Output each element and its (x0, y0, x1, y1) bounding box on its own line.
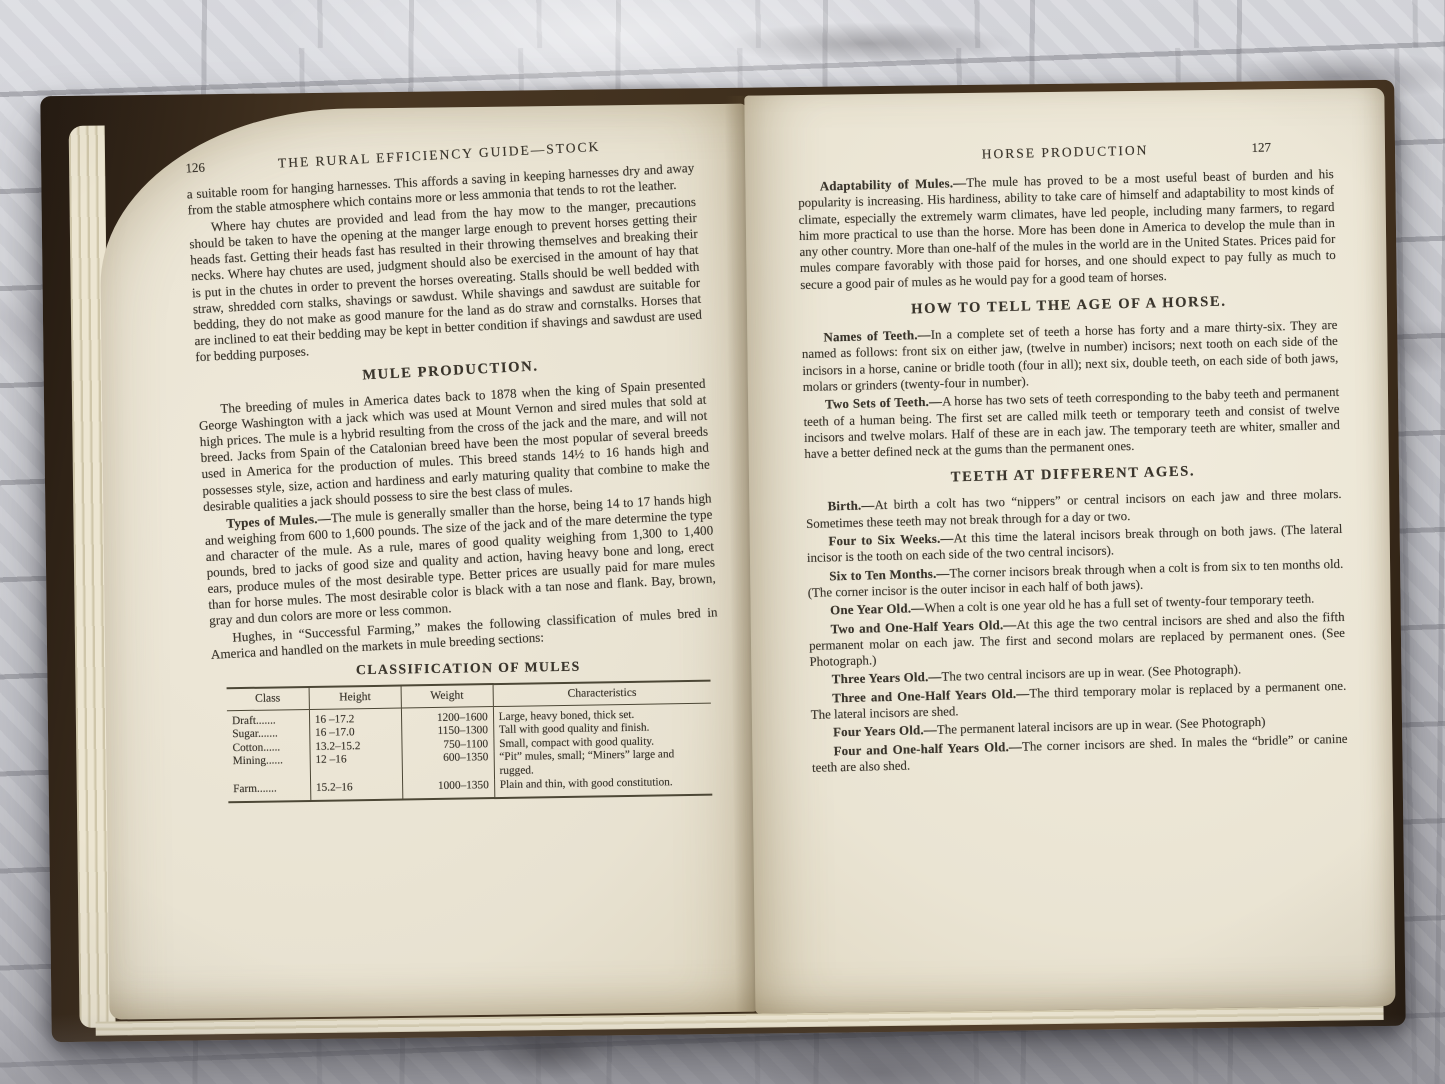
photo-vignette (40, 80, 1405, 1042)
wall-soft-bottom (0, 1014, 1445, 1084)
photo-scene: 126 THE RURAL EFFICIENCY GUIDE—STOCK a s… (0, 0, 1445, 1084)
open-book: 126 THE RURAL EFFICIENCY GUIDE—STOCK a s… (40, 80, 1405, 1042)
